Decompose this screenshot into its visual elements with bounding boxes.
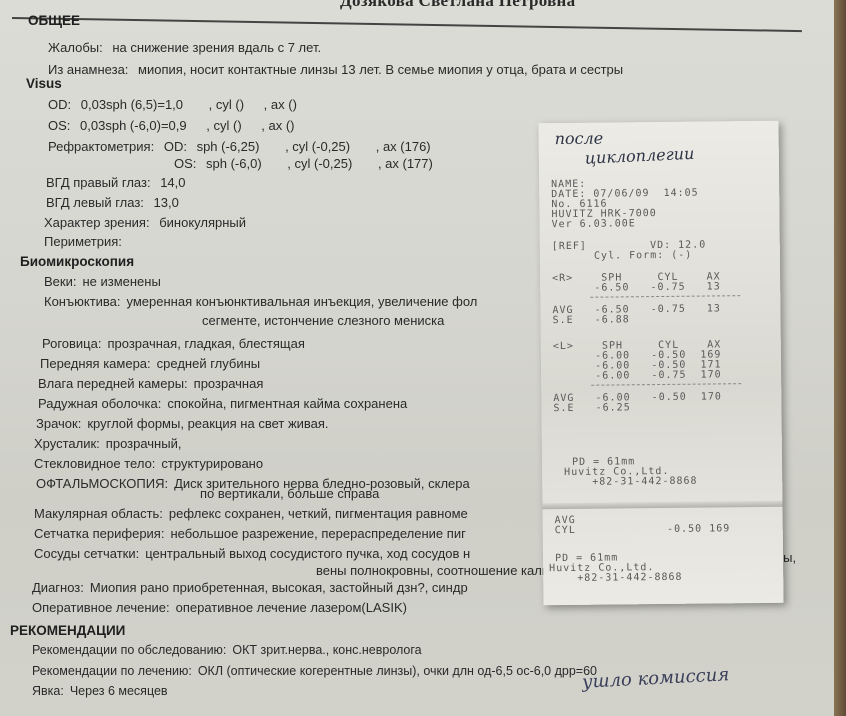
item-value: оперативное лечение лазером(LASIK) (176, 600, 407, 615)
patient-name: Дозякова Светлана Петровна (340, 0, 575, 11)
vision-type-row: Характер зрения: бинокулярный (44, 215, 246, 230)
item-label: Веки: (44, 274, 76, 289)
iop-left-row: ВГД левый глаз: 13,0 (46, 195, 179, 210)
item-label: Рекомендации по лечению: (32, 664, 192, 678)
biomicroscopy-item: Оперативное лечение:оперативное лечение … (32, 600, 407, 615)
refractometry-os-row: OS: sph (-6,0) , cyl (-0,25) , ax (177) (174, 156, 433, 171)
recommendation-item: Рекомендации по лечению:ОКЛ (оптические … (32, 664, 597, 678)
item-label: Влага передней камеры: (38, 376, 188, 391)
item-label: Конъюктива: (44, 294, 121, 309)
header-divider (12, 17, 802, 32)
item-value: рефлекс сохранен, четкий, пигментация ра… (169, 506, 468, 521)
item-label: Оперативное лечение: (32, 600, 170, 615)
anamnesis-value: миопия, носит контактные линзы 13 лет. В… (138, 62, 623, 77)
section-general-title: ОБЩЕЕ (28, 13, 80, 28)
item-value: Через 6 месяцев (70, 684, 168, 698)
biomicroscopy-item: Сосуды сетчатки:центральный выход сосуди… (34, 546, 470, 561)
item-value: прозрачная (194, 376, 264, 391)
item-value: круглой формы, реакция на свет живая. (87, 416, 328, 431)
refractometry-od-row: Рефрактометрия: OD: sph (-6,25) , cyl (-… (48, 139, 431, 154)
anamnesis-row: Из анамнеза: миопия, носит контактные ли… (48, 62, 623, 77)
anamnesis-label: Из анамнеза: (48, 62, 128, 77)
complaints-label: Жалобы: (48, 40, 103, 55)
item-label: Сосуды сетчатки: (34, 546, 139, 561)
item-value: прозрачная, гладкая, блестящая (107, 336, 304, 351)
item-continuation: сегменте, истончение слезного мениска (202, 313, 444, 328)
item-label: Макулярная область: (34, 506, 163, 521)
receipt-phone: +82-31-442-8868 (592, 476, 697, 488)
item-label: Радужная оболочка: (38, 396, 161, 411)
item-label: Сетчатка периферия: (34, 526, 164, 541)
biomicroscopy-item: Макулярная область:рефлекс сохранен, чет… (34, 506, 468, 521)
recommendation-item: Рекомендации по обследованию:ОКТ зрит.не… (32, 643, 422, 657)
item-label: Явка: (32, 684, 64, 698)
item-label: Стекловидное тело: (34, 456, 155, 471)
item-value: центральный выход сосудистого пучка, ход… (145, 546, 470, 561)
item-value: структурировано (161, 456, 263, 471)
biomicroscopy-item: Сетчатка периферия:небольшое разрежение,… (34, 526, 466, 541)
item-label: Рекомендации по обследованию: (32, 643, 226, 657)
item-label: Зрачок: (36, 416, 81, 431)
left-eye-row: -6.00 -0.75 170 (553, 369, 722, 382)
item-label: ОФТАЛЬМОСКОПИЯ: (36, 476, 168, 491)
handwritten-note: ушло комиссия (582, 664, 730, 693)
complaints-value: на снижение зрения вдаль с 7 лет. (112, 40, 321, 55)
visus-od-row: OD: 0,03sph (6,5)=1,0 , cyl () , ax () (48, 97, 297, 112)
item-label: Хрусталик: (34, 436, 100, 451)
item-label: Передняя камера: (40, 356, 151, 371)
receipt-version: Ver 6.03.00E (551, 218, 635, 230)
left-eye-se: S.E -6.25 (553, 402, 630, 414)
biomicroscopy-item: Стекловидное тело:структурировано (34, 456, 263, 471)
receipt-lower-cyl: CYL -0.50 169 (555, 523, 731, 536)
section-visus-title: Visus (26, 76, 62, 91)
biomicroscopy-item: Диагноз:Миопия рано приобретенная, высок… (32, 580, 468, 595)
item-value: ОКТ зрит.нерва., конс.невролога (232, 643, 421, 657)
receipt-divider (590, 295, 740, 298)
visus-os-row: OS: 0,03sph (-6,0)=0,9 , cyl () , ax () (48, 118, 295, 133)
receipt-fold (542, 501, 782, 510)
complaints-row: Жалобы: на снижение зрения вдаль с 7 лет… (48, 40, 321, 55)
item-label: Диагноз: (32, 580, 84, 595)
biomicroscopy-item: Роговица:прозрачная, гладкая, блестящая (42, 336, 305, 351)
item-value: не изменены (82, 274, 160, 289)
autorefractometer-printout: после циклоплегии NAME: DATE: 07/06/09 1… (538, 121, 783, 605)
biomicroscopy-item: Конъюктива:умеренная конъюнктивальная ин… (44, 294, 477, 309)
biomicroscopy-item: Хрусталик:прозрачный, (34, 436, 181, 451)
right-eye-row: -6.50 -0.75 13 (552, 281, 721, 294)
table-surface (834, 0, 846, 716)
recommendation-item: Явка:Через 6 месяцев (32, 684, 168, 698)
item-value: спокойна, пигментная кайма сохранена (167, 396, 407, 411)
right-eye-se: S.E -6.88 (552, 314, 629, 326)
item-continuation: по вертикали, больше справа (200, 486, 379, 501)
biomicroscopy-item: Веки:не изменены (44, 274, 161, 289)
perimetry-row: Периметрия: (44, 234, 128, 249)
item-value: прозрачный, (106, 436, 182, 451)
receipt-lower-phone: +82-31-442-8868 (577, 572, 682, 584)
iop-right-row: ВГД правый глаз: 14,0 (46, 175, 186, 190)
item-value: ОКЛ (оптические когерентные линзы), очки… (198, 664, 597, 678)
biomicroscopy-item: Зрачок:круглой формы, реакция на свет жи… (36, 416, 329, 431)
biomicroscopy-item: Влага передней камеры:прозрачная (38, 376, 263, 391)
section-biomicroscopy-title: Биомикроскопия (20, 254, 134, 269)
receipt-cyl-form: Cyl. Form: (-) (552, 250, 693, 262)
item-value: умеренная конъюнктивальная инъекция, уве… (127, 294, 478, 309)
item-value: Миопия рано приобретенная, высокая, заст… (90, 580, 468, 595)
item-value: небольшое разрежение, перераспределение … (170, 526, 465, 541)
handwritten-line-2: циклоплегии (584, 144, 694, 168)
biomicroscopy-item: Радужная оболочка:спокойна, пигментная к… (38, 396, 407, 411)
biomicroscopy-item: Передняя камера:средней глубины (40, 356, 260, 371)
item-label: Роговица: (42, 336, 101, 351)
handwritten-line-1: после (555, 129, 604, 149)
receipt-divider (591, 383, 741, 386)
section-recommendations-title: РЕКОМЕНДАЦИИ (10, 623, 125, 638)
item-value: средней глубины (157, 356, 260, 371)
